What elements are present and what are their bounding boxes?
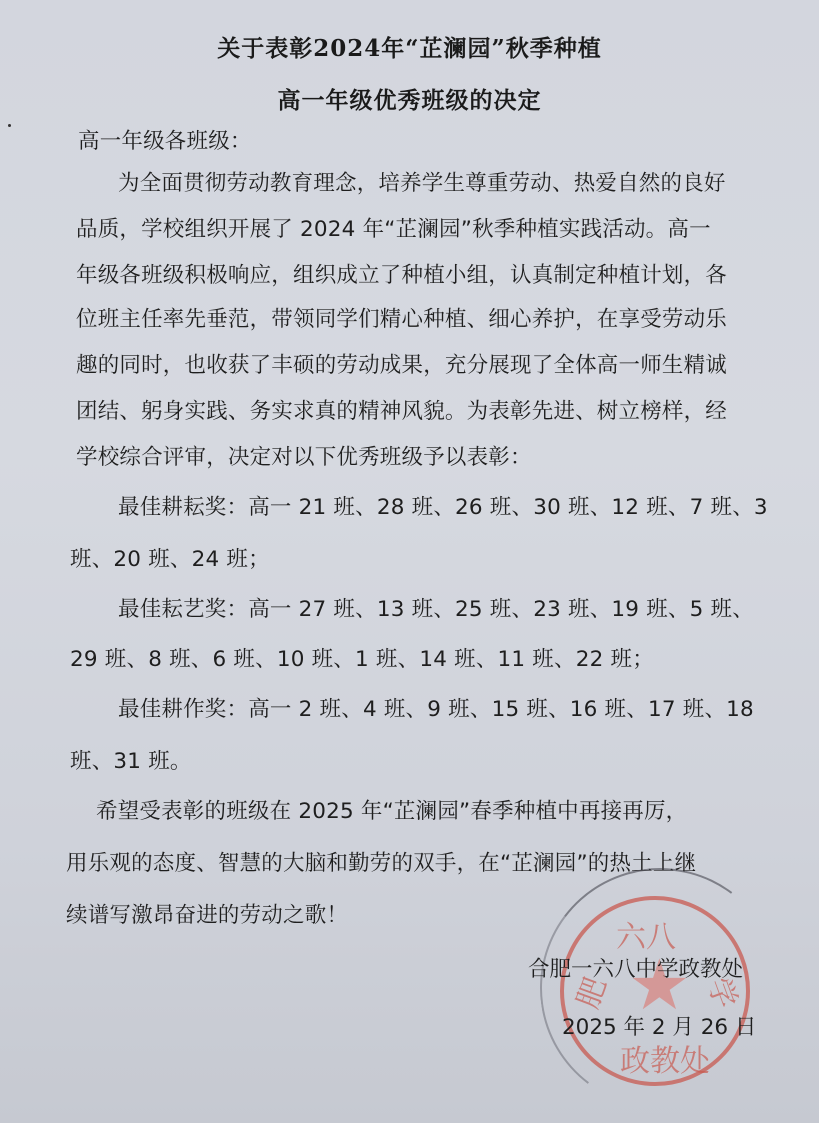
body-line: 团结、躬身实践、务实求真的精神风貌。为表彰先进、树立榜样，经	[76, 394, 727, 425]
title-line-2: 高一年级优秀班级的决定	[0, 82, 819, 115]
speck	[8, 124, 11, 127]
closing-line: 用乐观的态度、智慧的大脑和勤劳的双手，在“芷澜园”的热土上继	[66, 846, 696, 877]
issue-date: 2025 年 2 月 26 日	[562, 1010, 756, 1041]
award-best-cultivation-line-1: 最佳耕耘奖：高一 21 班、28 班、26 班、30 班、12 班、7 班、3	[118, 490, 768, 521]
issuer: 合肥一六八中学政教处	[528, 952, 743, 983]
body-line: 品质，学校组织开展了 2024 年“芷澜园”秋季种植实践活动。高一	[76, 212, 711, 243]
award-best-farming-line-2: 班、31 班。	[70, 744, 192, 775]
award-best-craft-line-2: 29 班、8 班、6 班、10 班、1 班、14 班、11 班、22 班；	[70, 642, 654, 673]
title-line-1: 关于表彰2024年“芷澜园”秋季种植	[0, 30, 819, 63]
seal-text-bottom: 政教处	[620, 1036, 710, 1080]
document-page: 关于表彰2024年“芷澜园”秋季种植 高一年级优秀班级的决定 高一年级各班级： …	[0, 0, 819, 1123]
body-line: 位班主任率先垂范，带领同学们精心种植、细心养护，在享受劳动乐	[76, 302, 727, 333]
closing-line: 希望受表彰的班级在 2025 年“芷澜园”春季种植中再接再厉，	[96, 794, 687, 825]
body-line: 年级各班级积极响应，组织成立了种植小组，认真制定种植计划，各	[76, 258, 727, 289]
award-best-farming-line-1: 最佳耕作奖：高一 2 班、4 班、9 班、15 班、16 班、17 班、18	[118, 692, 754, 723]
body-line: 为全面贯彻劳动教育理念，培养学生尊重劳动、热爱自然的良好	[118, 166, 726, 197]
body-line: 趣的同时，也收获了丰硕的劳动成果，充分展现了全体高一师生精诚	[76, 348, 727, 379]
closing-line: 续谱写激昂奋进的劳动之歌！	[66, 898, 348, 929]
award-best-craft-line-1: 最佳耘艺奖：高一 27 班、13 班、25 班、23 班、19 班、5 班、	[118, 592, 754, 623]
salutation: 高一年级各班级：	[78, 124, 252, 155]
body-line: 学校综合评审，决定对以下优秀班级予以表彰：	[76, 440, 532, 471]
award-best-cultivation-line-2: 班、20 班、24 班；	[70, 542, 270, 573]
